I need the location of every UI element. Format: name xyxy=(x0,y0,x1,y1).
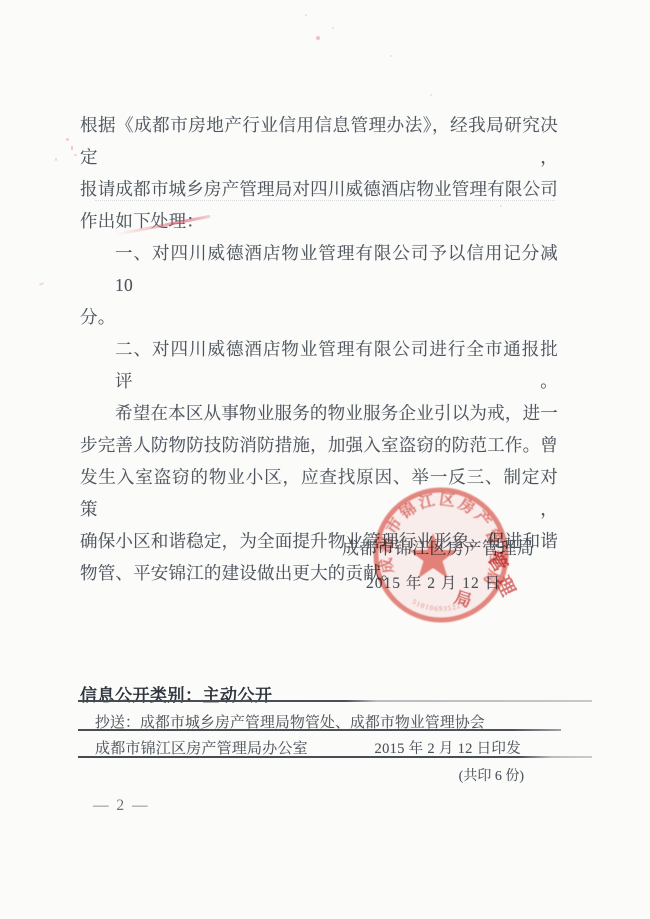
issuer-line: 成都市锦江区房产管理局办公室 2015 年 2 月 12 日印发 xyxy=(95,737,521,758)
scan-speck xyxy=(316,36,320,40)
footer-divider xyxy=(78,729,561,731)
scan-speck xyxy=(305,14,307,16)
body-line: 分。 xyxy=(80,301,558,333)
footer-divider xyxy=(78,756,592,758)
footer-divider xyxy=(78,700,592,702)
scan-speck xyxy=(71,146,73,150)
body-line: 作出如下处理： xyxy=(80,205,558,237)
scan-speck xyxy=(430,94,432,96)
scan-speck xyxy=(332,27,334,29)
page-number: — 2 — xyxy=(93,797,150,815)
copies-count: (共印 6 份) xyxy=(400,765,524,785)
issuer-office: 成都市锦江区房产管理局办公室 xyxy=(95,737,308,758)
official-seal-stamp: 成都市锦江区房产管理局 5101069352295 xyxy=(352,462,552,662)
print-date: 2015 年 2 月 12 日印发 xyxy=(375,737,521,758)
disclosure-category-line: 信息公开类别：主动公开 xyxy=(80,681,273,706)
scan-speck xyxy=(55,158,57,161)
body-line: 二、对四川威德酒店物业管理有限公司进行全市通报批评。 xyxy=(80,333,558,397)
scan-speck xyxy=(66,138,69,141)
disclosure-value: 主动公开 xyxy=(203,686,273,705)
disclosure-label: 信息公开类别： xyxy=(80,686,203,705)
body-line: 步完善人防物防技防消防措施，加强入室盗窃的防范工作。曾 xyxy=(80,429,558,461)
scan-speck xyxy=(279,480,282,482)
scan-speck xyxy=(39,282,44,286)
body-line: 希望在本区从事物业服务的物业服务企业引以为戒，进一 xyxy=(80,397,558,429)
scan-speck xyxy=(74,154,77,156)
scan-speck xyxy=(390,55,392,57)
scan-speck xyxy=(500,205,502,207)
scanned-document-page: 根据《成都市房地产行业信用信息管理办法》，经我局研究决定， 报请成都市城乡房产管… xyxy=(0,0,650,919)
body-line: 根据《成都市房地产行业信用信息管理办法》，经我局研究决定， xyxy=(80,109,558,173)
body-line: 一、对四川威德酒店物业管理有限公司予以信用记分减 10 xyxy=(80,237,558,301)
scan-artifact-line xyxy=(95,200,555,201)
